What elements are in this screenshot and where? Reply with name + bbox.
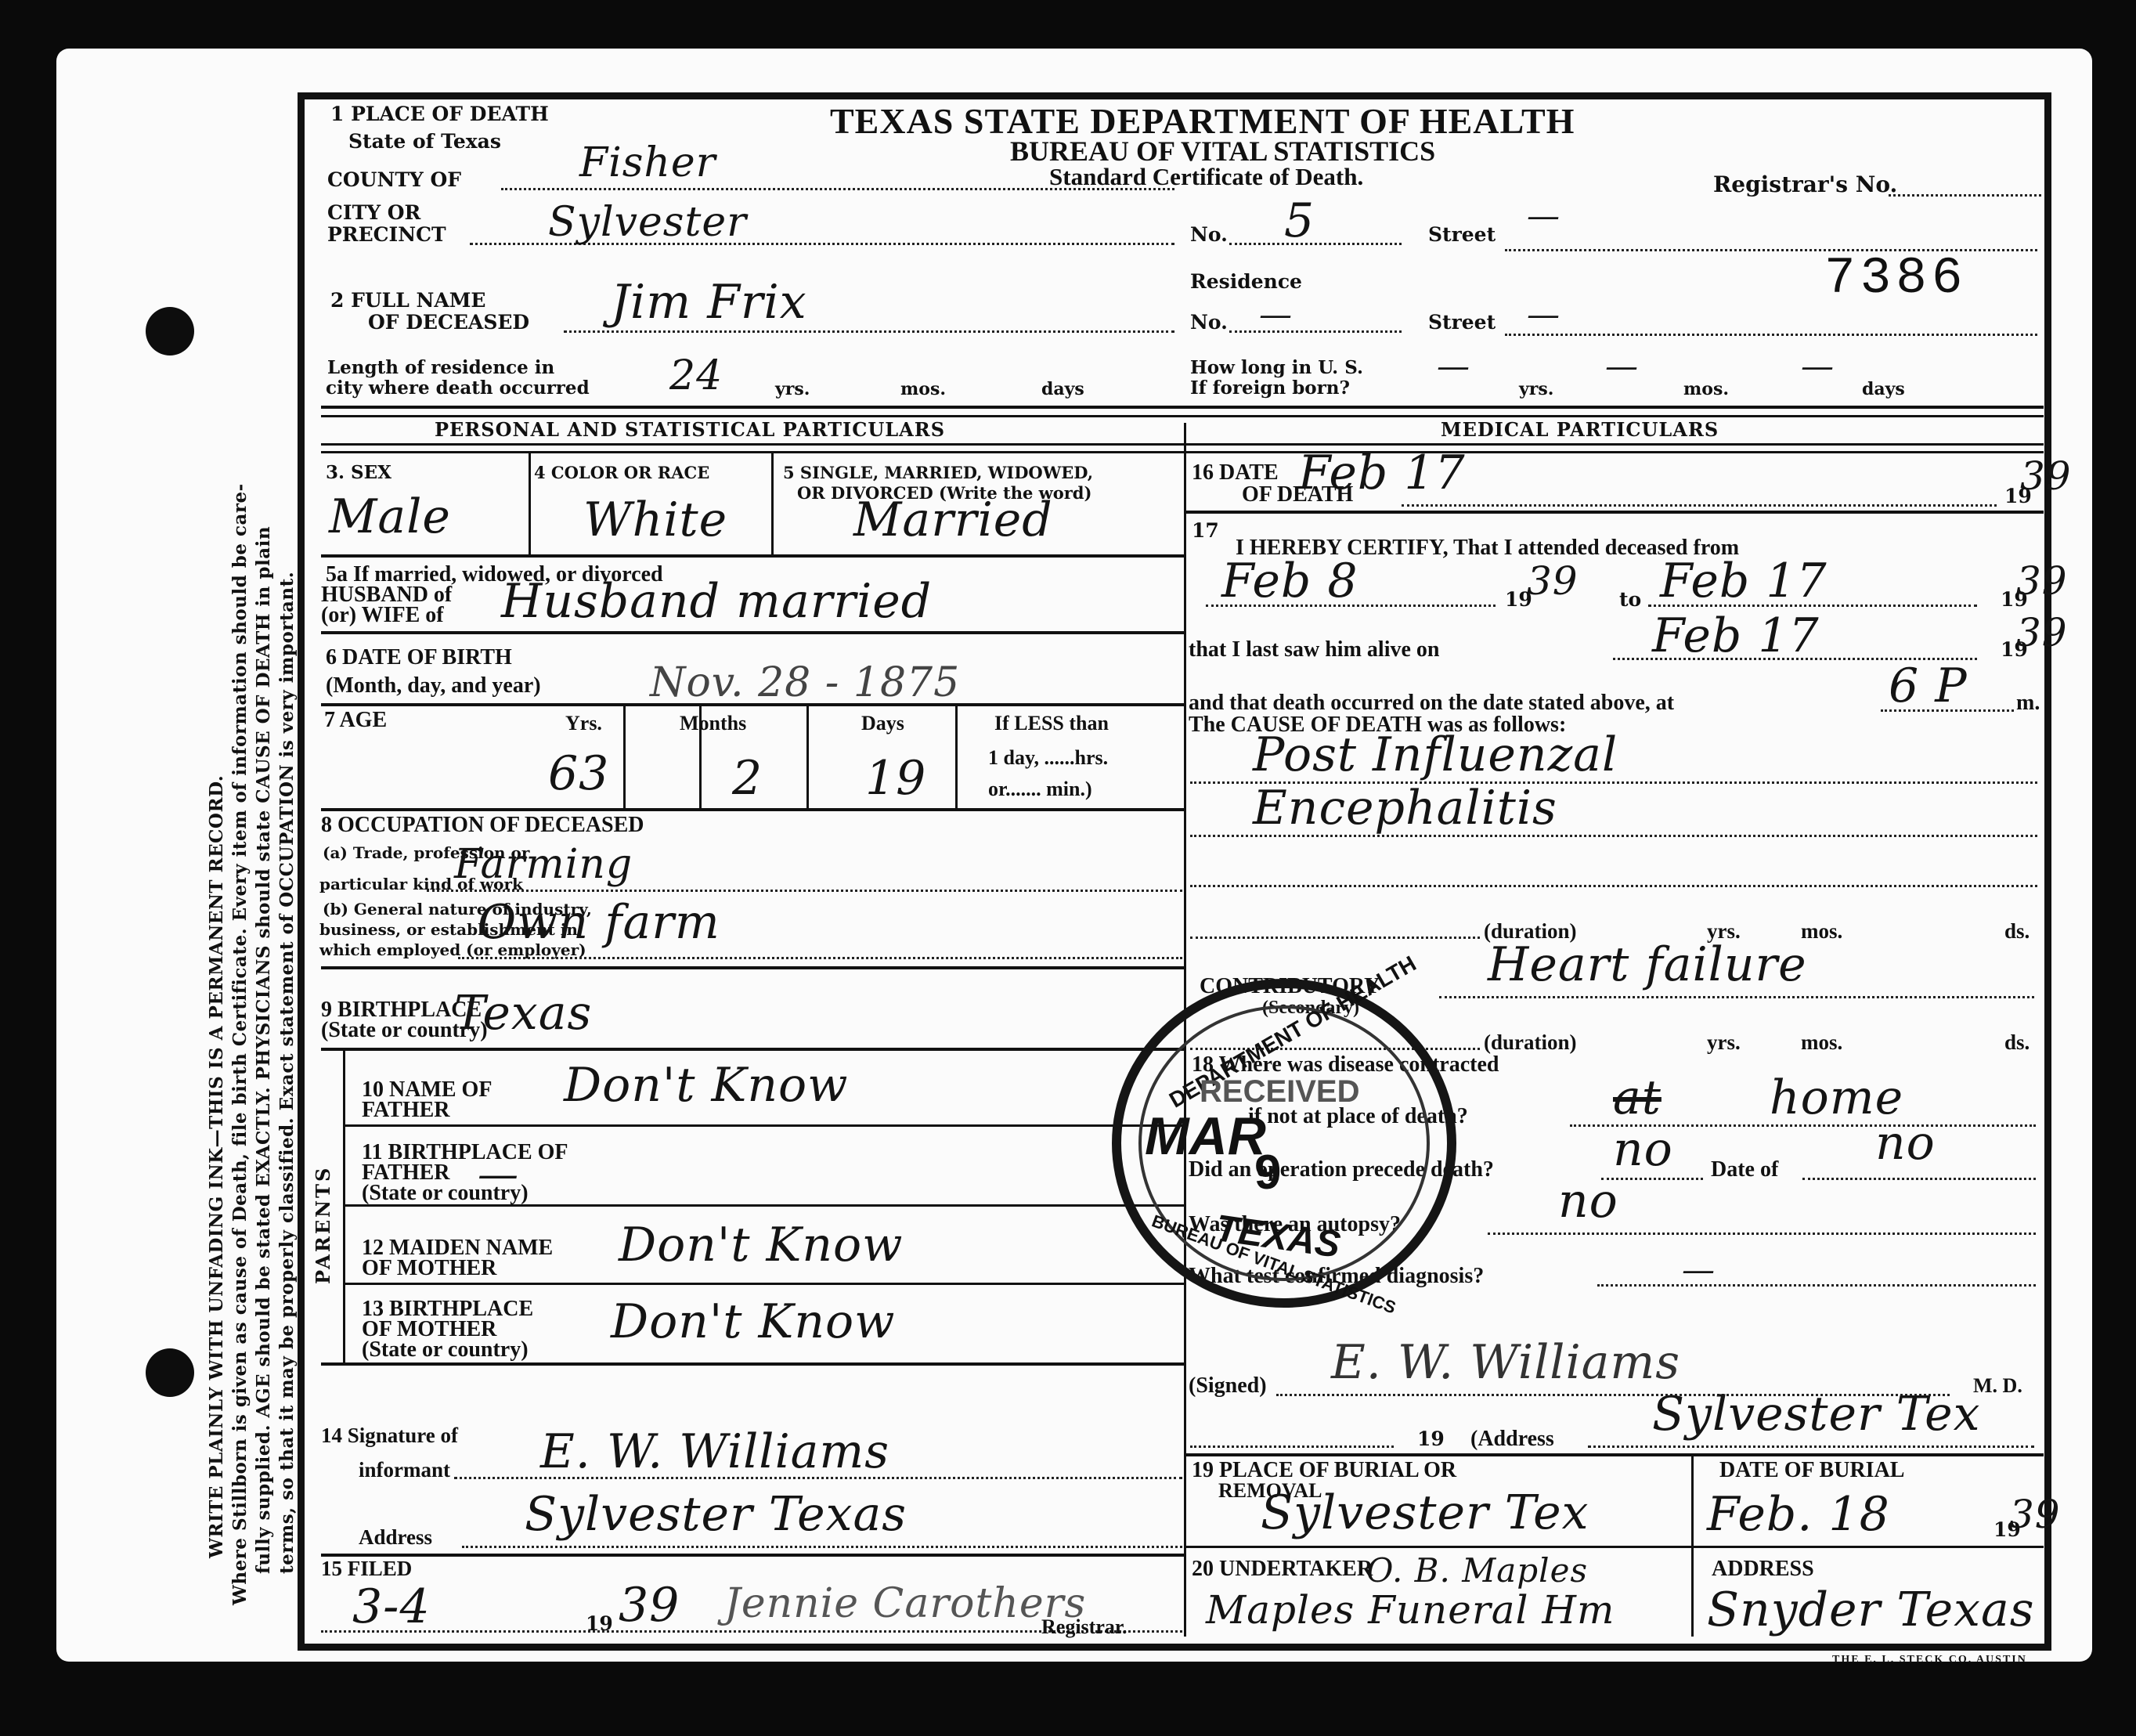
divider bbox=[345, 1283, 1184, 1285]
form-name: Standard Certificate of Death. bbox=[1049, 163, 1363, 191]
divider bbox=[955, 705, 958, 808]
residence-no-label: No. bbox=[1190, 312, 1228, 333]
side-instructions: WRITE PLAINLY WITH UNFADING INK—THIS IS … bbox=[205, 141, 283, 1605]
county-label: COUNTY OF bbox=[327, 169, 461, 190]
divider bbox=[321, 631, 1184, 634]
divider bbox=[321, 966, 1184, 969]
occ-a-value: Farming bbox=[454, 843, 633, 886]
dob-label-1: 6 DATE OF BIRTH bbox=[326, 647, 512, 668]
burial-date-value: Feb. 18 bbox=[1707, 1492, 1890, 1536]
sex-label: 3. SEX bbox=[326, 462, 391, 483]
us-yrs-value: — bbox=[1437, 345, 1470, 388]
days-label: days bbox=[1041, 379, 1084, 400]
dod-line bbox=[1402, 504, 1997, 507]
cause-line-3-rule bbox=[1190, 885, 2037, 887]
parents-label: PARENTS bbox=[312, 1128, 343, 1284]
duration-2-yrs: yrs. bbox=[1707, 1032, 1741, 1053]
attended-to: Feb 17 bbox=[1660, 559, 1828, 603]
divider bbox=[321, 808, 1184, 811]
of-deceased-label: OF DECEASED bbox=[368, 312, 529, 333]
street-value: — bbox=[1527, 194, 1561, 238]
burial-date-label: DATE OF BURIAL bbox=[1719, 1460, 1904, 1481]
medical-section-title: MEDICAL PARTICULARS bbox=[1441, 418, 1719, 441]
divider bbox=[806, 705, 809, 808]
cause-line-1: Post Influenzal bbox=[1253, 733, 1618, 777]
residence-no-value: — bbox=[1259, 293, 1293, 337]
age-days-label: Days bbox=[861, 713, 904, 734]
length-residence-label-2: city where death occurred bbox=[326, 377, 590, 399]
sex-value: Male bbox=[329, 495, 451, 539]
autopsy-value: no bbox=[1558, 1179, 1618, 1223]
us-days-label: days bbox=[1862, 379, 1905, 400]
mother-bp-value: Don't Know bbox=[611, 1300, 896, 1344]
divider bbox=[321, 1362, 1184, 1366]
operation-value: no bbox=[1613, 1128, 1673, 1171]
spouse-label-3: (or) WIFE of bbox=[321, 605, 444, 626]
stamp-day: 9 bbox=[1254, 1145, 1281, 1200]
dod-label-1: 16 DATE bbox=[1192, 462, 1279, 483]
race-label: 4 COLOR OR RACE bbox=[534, 462, 709, 483]
attended-from-year: 39 bbox=[1527, 559, 1579, 603]
us-mos-label: mos. bbox=[1683, 379, 1729, 400]
age-yrs-value: 63 bbox=[548, 752, 609, 796]
binder-hole-top bbox=[146, 307, 194, 356]
informant-value: E. W. Williams bbox=[540, 1430, 889, 1474]
side-instruction-line2: Where Stillborn is given as cause of Dea… bbox=[229, 141, 252, 1605]
father-bp-label-1: 11 BIRTHPLACE OF bbox=[362, 1142, 568, 1163]
registrar-name: Jennie Carothers bbox=[724, 1582, 1086, 1626]
duration-ds: ds. bbox=[2004, 921, 2030, 942]
time-label: and that death occurred on the date stat… bbox=[1189, 692, 1674, 713]
signed-value: E. W. Williams bbox=[1331, 1341, 1680, 1384]
dod-value: Feb 17 bbox=[1298, 451, 1466, 495]
signed-label: (Signed) bbox=[1189, 1375, 1267, 1396]
divider bbox=[1185, 511, 2044, 514]
residence-street-line bbox=[1505, 334, 2037, 336]
divider bbox=[1185, 1453, 2044, 1456]
side-instruction-line1: WRITE PLAINLY WITH UNFADING INK—THIS IS … bbox=[205, 141, 229, 1605]
burial-place-value: Sylvester Tex bbox=[1261, 1491, 1589, 1535]
last-saw-value: Feb 17 bbox=[1652, 614, 1820, 658]
age-months-value: 2 bbox=[732, 756, 763, 800]
divider bbox=[345, 1124, 1184, 1127]
date-of-line bbox=[1802, 1178, 2036, 1180]
undertaker-value-top: O. B. Maples bbox=[1366, 1549, 1588, 1593]
divider bbox=[623, 705, 626, 808]
sign-year-prefix: 19 bbox=[1417, 1428, 1445, 1449]
divider bbox=[321, 406, 2044, 409]
no-line bbox=[1229, 243, 1402, 245]
length-residence-yrs: 24 bbox=[669, 354, 723, 398]
stamp-received: RECEIVED bbox=[1200, 1074, 1360, 1110]
last-saw-year: 39 bbox=[2016, 611, 2068, 655]
age-days-value: 19 bbox=[865, 756, 926, 800]
duration-line bbox=[1190, 937, 1480, 939]
divider bbox=[343, 1049, 345, 1362]
informant-address-value: Sylvester Texas bbox=[525, 1492, 907, 1536]
registrars-no-label: Registrar's No. bbox=[1713, 174, 1897, 195]
precinct-label: PRECINCT bbox=[327, 224, 446, 245]
filed-date: 3-4 bbox=[352, 1585, 431, 1629]
time-value: 6 P bbox=[1889, 664, 1968, 708]
age-less-than-1: If LESS than bbox=[994, 713, 1109, 734]
contributory-value: Heart failure bbox=[1488, 943, 1807, 987]
residence-label: Residence bbox=[1190, 271, 1302, 292]
divider bbox=[321, 1048, 1184, 1051]
undertaker-value: Maples Funeral Hm bbox=[1206, 1588, 1615, 1632]
time-suffix: m. bbox=[2016, 692, 2040, 713]
deceased-name: Jim Frix bbox=[611, 280, 807, 324]
address-value: Sylvester Tex bbox=[1652, 1392, 1980, 1436]
age-yrs-label: Yrs. bbox=[565, 713, 602, 734]
undertaker-label: 20 UNDERTAKER bbox=[1192, 1558, 1373, 1579]
divider bbox=[771, 453, 774, 554]
us-yrs-label: yrs. bbox=[1519, 379, 1553, 400]
to-label: to bbox=[1619, 589, 1641, 610]
informant-address-line bbox=[462, 1546, 1182, 1548]
registrars-no-line bbox=[1889, 194, 2041, 197]
father-bp-label-2: FATHER bbox=[362, 1162, 450, 1183]
age-label: 7 AGE bbox=[324, 709, 387, 731]
divider bbox=[321, 451, 2044, 453]
birthplace-value: Texas bbox=[454, 991, 592, 1035]
contracted-value-struck: at bbox=[1613, 1076, 1662, 1120]
divider bbox=[321, 1554, 1184, 1557]
binder-hole-bottom bbox=[146, 1348, 194, 1397]
informant-label-1: 14 Signature of bbox=[321, 1425, 458, 1446]
age-months-label: Months bbox=[680, 713, 746, 734]
address-label: (Address bbox=[1470, 1428, 1554, 1449]
age-less-than-2: 1 day, ......hrs. bbox=[988, 747, 1108, 768]
mother-bp-label-3: (State or country) bbox=[362, 1339, 529, 1360]
date-of-label: Date of bbox=[1711, 1159, 1778, 1180]
divider bbox=[321, 554, 1184, 558]
dob-value: Nov. 28 - 1875 bbox=[650, 661, 960, 705]
divider bbox=[1185, 1546, 2044, 1548]
occ-a-line bbox=[427, 890, 1182, 892]
divider bbox=[345, 1204, 1184, 1207]
residence-street-label: Street bbox=[1428, 312, 1496, 333]
contracted-value: home bbox=[1770, 1076, 1903, 1120]
address-line bbox=[1588, 1445, 2034, 1448]
spouse-value: Husband married bbox=[501, 579, 932, 623]
occ-b-value: Own farm bbox=[478, 900, 720, 944]
no-value: 5 bbox=[1284, 199, 1315, 243]
city-value: Sylvester bbox=[548, 200, 747, 244]
undertaker-address-label: ADDRESS bbox=[1712, 1558, 1814, 1579]
burial-place-label-1: 19 PLACE OF BURIAL OR bbox=[1192, 1460, 1456, 1481]
printer-mark: THE E. L. STECK CO. AUSTIN bbox=[1832, 1654, 2027, 1666]
name-line bbox=[564, 330, 1174, 333]
certificate-number: 7386 bbox=[1824, 249, 1967, 308]
yrs-label: yrs. bbox=[775, 379, 810, 400]
sign-date-line bbox=[1190, 1445, 1394, 1448]
burial-date-year: 39 bbox=[2009, 1492, 2061, 1536]
filed-year-prefix: 19 bbox=[586, 1613, 613, 1634]
filed-year: 39 bbox=[619, 1583, 680, 1627]
occupation-label: 8 OCCUPATION OF DECEASED bbox=[321, 814, 644, 836]
filed-label: 15 FILED bbox=[321, 1558, 412, 1579]
attended-from: Feb 8 bbox=[1221, 559, 1358, 603]
mother-label-2: OF MOTHER bbox=[362, 1258, 496, 1279]
undertaker-address-value: Snyder Texas bbox=[1707, 1588, 2035, 1632]
cert-17-num: 17 bbox=[1192, 520, 1219, 541]
date-of-value: no bbox=[1875, 1121, 1936, 1165]
mother-value: Don't Know bbox=[619, 1223, 904, 1267]
mother-bp-label-2: OF MOTHER bbox=[362, 1319, 496, 1340]
registrar-label: Registrar. bbox=[1041, 1616, 1128, 1637]
mother-label-1: 12 MAIDEN NAME bbox=[362, 1237, 553, 1258]
us-label-1: How long in U. S. bbox=[1190, 357, 1363, 378]
city-label: CITY OR bbox=[327, 202, 420, 223]
autopsy-line bbox=[1488, 1233, 2036, 1235]
full-name-label: 2 FULL NAME bbox=[330, 290, 486, 311]
informant-address-label: Address bbox=[359, 1527, 432, 1548]
residence-no-line bbox=[1229, 330, 1402, 333]
received-stamp: DEPARTMENT OF HEALTH RECEIVED MAR 9 TEXA… bbox=[1112, 979, 1456, 1308]
personal-section-title: PERSONAL AND STATISTICAL PARTICULARS bbox=[435, 418, 945, 441]
marital-label-1: 5 SINGLE, MARRIED, WIDOWED, bbox=[783, 462, 1093, 483]
duration-2-mos: mos. bbox=[1801, 1032, 1842, 1053]
spouse-label-2: HUSBAND of bbox=[321, 584, 452, 605]
duration-2-ds: ds. bbox=[2004, 1032, 2030, 1053]
county-value: Fisher bbox=[579, 141, 716, 185]
marital-value: Married bbox=[853, 498, 1053, 542]
state-label: State of Texas bbox=[348, 131, 501, 152]
divider bbox=[529, 453, 531, 554]
father-bp-value: — bbox=[478, 1153, 519, 1196]
mos-label: mos. bbox=[900, 379, 946, 400]
us-mos-value: — bbox=[1605, 345, 1639, 388]
residence-street-value: — bbox=[1527, 293, 1561, 337]
us-days-value: — bbox=[1801, 345, 1835, 388]
informant-label-2: informant bbox=[359, 1460, 450, 1481]
side-instruction-line4: terms, so that it may be properly classi… bbox=[276, 141, 299, 1605]
father-label-1: 10 NAME OF bbox=[362, 1079, 492, 1100]
divider bbox=[321, 443, 2044, 446]
dod-year: 39 bbox=[2020, 454, 2072, 498]
race-value: White bbox=[583, 498, 727, 542]
no-label: No. bbox=[1190, 224, 1228, 245]
street-label: Street bbox=[1428, 224, 1496, 245]
father-label-2: FATHER bbox=[362, 1099, 450, 1121]
cause-line-2-rule bbox=[1190, 835, 2037, 837]
mother-bp-label-1: 13 BIRTHPLACE bbox=[362, 1298, 533, 1319]
cause-line-2: Encephalitis bbox=[1253, 786, 1557, 830]
test-line bbox=[1597, 1284, 2036, 1287]
age-less-than-3: or....... min.) bbox=[988, 778, 1092, 799]
county-line bbox=[501, 188, 1174, 190]
occ-b-line bbox=[458, 957, 1182, 959]
father-value: Don't Know bbox=[564, 1063, 849, 1107]
length-residence-label-1: Length of residence in bbox=[327, 357, 554, 378]
test-value: — bbox=[1682, 1248, 1716, 1292]
last-saw-label: that I last saw him alive on bbox=[1189, 639, 1439, 660]
attended-to-year: 39 bbox=[2016, 559, 2068, 603]
divider bbox=[321, 415, 2044, 417]
dob-label-2: (Month, day, and year) bbox=[326, 675, 541, 696]
place-of-death-label: 1 PLACE OF DEATH bbox=[330, 103, 549, 125]
divider bbox=[321, 703, 1184, 706]
us-label-2: If foreign born? bbox=[1190, 377, 1350, 399]
stamp-month: MAR bbox=[1145, 1106, 1266, 1167]
street-line bbox=[1505, 249, 2037, 251]
contributory-line bbox=[1439, 996, 2034, 998]
parents-label-text: PARENTS bbox=[312, 1166, 334, 1284]
duration-2-label: (duration) bbox=[1484, 1032, 1577, 1053]
side-instruction-line3: fully supplied. AGE should be stated EXA… bbox=[252, 141, 276, 1605]
